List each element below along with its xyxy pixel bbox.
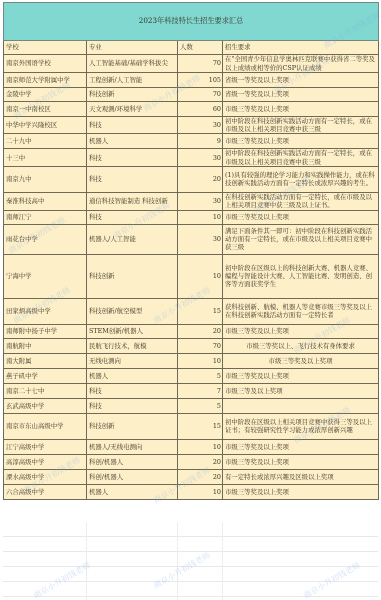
requirement-cell[interactable]: 市级三等及以上奖项 <box>223 383 379 398</box>
requirement-cell[interactable]: 在"全国青少年信息学奥林匹克联赛中获得省二等奖及以上成绩或相等价的CSP认证成绩 <box>223 55 379 73</box>
major-cell[interactable]: STEM创新/机器人 <box>87 324 178 338</box>
table-row: 燕子矶中学机器人5市级三等奖及以上奖项 <box>4 368 379 383</box>
table-row: 南航附中民航飞行技术，航模70市级三等奖以上、飞行技术有身体要求 <box>4 338 379 353</box>
table-row: 玄武高级中学科技5 <box>4 398 379 413</box>
table-row: 高淳高级中学科创/机器人20市级三等奖及以上奖项 <box>4 454 379 469</box>
major-cell[interactable]: 机器人 <box>87 134 178 149</box>
header-requirements[interactable]: 招生要求 <box>223 41 379 55</box>
school-cell[interactable]: 宁海中学 <box>4 254 87 298</box>
major-cell[interactable]: 无线电测向 <box>87 353 178 368</box>
school-cell[interactable]: 中华中学兴隆校区 <box>4 117 87 134</box>
school-cell[interactable]: 十三中 <box>4 149 87 166</box>
school-cell[interactable]: 江宁高级中学 <box>4 439 87 454</box>
count-cell[interactable]: 20 <box>178 469 223 484</box>
requirement-cell[interactable]: 市级三等奖及以上奖项 <box>223 484 379 499</box>
table-row: 南师附中扬子中学STEM创新/机器人20市级三等奖及以上奖项 <box>4 324 379 338</box>
school-cell[interactable]: 南京一中南校区 <box>4 102 87 117</box>
school-cell[interactable]: 雨花台中学 <box>4 224 87 254</box>
major-cell[interactable]: 科技 <box>87 117 178 134</box>
spreadsheet: 2023年科技特长生招生要求汇总 学校 专业 人数 招生要求 南京外国语学校人工… <box>3 2 378 500</box>
table-row: 溧水高级中学科创/机器人20有一定特长或浓厚兴趣及区级以上奖项 <box>4 469 379 484</box>
empty-row[interactable] <box>3 582 378 597</box>
major-cell[interactable]: 科技创新/航空模型 <box>87 298 178 324</box>
count-cell[interactable]: 5 <box>178 398 223 413</box>
requirement-cell[interactable]: 初中阶段在区级以上相关项目竞赛中获得三等及以上证书；有较强研究性学习能力或浓厚创… <box>223 413 379 439</box>
major-cell[interactable]: 科技 <box>87 383 178 398</box>
count-cell[interactable]: 20 <box>178 454 223 469</box>
requirement-cell[interactable]: 初中阶段在科技创新实践活动方面有一定特长，或在市级及以上相关项目竞赛中获三级 <box>223 149 379 166</box>
major-cell[interactable]: 科技创新 <box>87 254 178 298</box>
count-cell[interactable]: 9 <box>178 134 223 149</box>
count-cell[interactable]: 20 <box>178 166 223 192</box>
school-cell[interactable]: 田家炳高级中学 <box>4 298 87 324</box>
school-cell[interactable]: 燕子矶中学 <box>4 368 87 383</box>
school-cell[interactable]: 南师附中扬子中学 <box>4 324 87 338</box>
requirement-cell[interactable]: 初中阶段在科技创新实践活动方面有一定特长，或在市级及以上相关项目竞赛中获三级 <box>223 117 379 134</box>
major-cell[interactable]: 科创/机器人 <box>87 454 178 469</box>
empty-row[interactable] <box>3 567 378 582</box>
school-cell[interactable]: 六合高级中学 <box>4 484 87 499</box>
major-cell[interactable]: 科技 <box>87 398 178 413</box>
school-cell[interactable]: 南师江宁 <box>4 210 87 224</box>
table-row: 秦淮科技高中通信科技智能制造 科技创新30在科技创新实践活动方面有一定特长，或在… <box>4 192 379 210</box>
count-cell[interactable]: 10 <box>178 254 223 298</box>
requirement-cell[interactable]: 有一定特长或浓厚兴趣及区级以上奖项 <box>223 469 379 484</box>
requirement-cell[interactable]: 省级一等奖及以上奖项 <box>223 88 379 102</box>
requirement-cell[interactable]: 市级三等奖及以上奖项 <box>223 454 379 469</box>
table-row: 中华中学兴隆校区科技30初中阶段在科技创新实践活动方面有一定特长，或在市级及以上… <box>4 117 379 134</box>
requirement-cell[interactable]: 初中阶段在区级以上的科技创新大赛、机器人竞赛、编程与智能设计大赛、人工智能比赛、… <box>223 254 379 298</box>
table-row: 南京市东山高级中学科技创新15初中阶段在区级以上相关项目竞赛中获得三等及以上证书… <box>4 413 379 439</box>
requirement-cell[interactable]: 市级三等奖及以上奖项 <box>223 134 379 149</box>
count-cell[interactable]: 30 <box>178 192 223 210</box>
count-cell[interactable]: 105 <box>178 73 223 88</box>
major-cell[interactable]: 通信科技智能制造 科技创新 <box>87 192 178 210</box>
requirement-cell[interactable]: 获科技创新、航模、机器人等竞赛市级三等奖及以上在科技创新实践活动方面有一定特长者 <box>223 298 379 324</box>
school-cell[interactable]: 南大附属 <box>4 353 87 368</box>
table-row: 南师江宁科技10市级三等奖及以上奖项 <box>4 210 379 224</box>
header-school[interactable]: 学校 <box>4 41 87 55</box>
empty-grid <box>3 522 378 597</box>
school-cell[interactable]: 二十九中 <box>4 134 87 149</box>
requirement-cell[interactable]: 市级三等奖以上、飞行技术有身体要求 <box>223 338 379 353</box>
requirement-cell[interactable]: 市级三等奖及以上奖项 <box>223 439 379 454</box>
empty-row[interactable] <box>3 522 378 537</box>
grid-line <box>86 522 87 600</box>
table-row: 南京二十七中科技7市级三等及以上奖项 <box>4 383 379 398</box>
table-row: 二十九中机器人9市级三等奖及以上奖项 <box>4 134 379 149</box>
major-cell[interactable]: 工程创新/人工智能 <box>87 73 178 88</box>
major-cell[interactable]: 机器人 <box>87 368 178 383</box>
count-cell[interactable]: 10 <box>178 484 223 499</box>
table-row: 南京九中科技20(1)具有较强的理论学习能力和实践操作能力，或在科技创新实践活动… <box>4 166 379 192</box>
requirement-cell[interactable]: 市级三等奖及以上奖项 <box>223 368 379 383</box>
table-row: 南大附属无线电测向10市级三等奖及以上奖项 <box>4 353 379 368</box>
major-cell[interactable]: 科技 <box>87 166 178 192</box>
table-row: 金陵中学科技创新70省级一等奖及以上奖项 <box>4 88 379 102</box>
table-row: 江宁高级中学机器人/无线电测向10市级三等奖及以上奖项 <box>4 439 379 454</box>
grid-line <box>177 522 178 600</box>
header-row: 学校 专业 人数 招生要求 <box>4 41 379 55</box>
count-cell[interactable]: 15 <box>178 413 223 439</box>
school-cell[interactable]: 南京九中 <box>4 166 87 192</box>
requirement-cell[interactable]: 市级三等奖及以上奖项 <box>223 353 379 368</box>
major-cell[interactable]: 民航飞行技术，航模 <box>87 338 178 353</box>
table-row: 十三中科技30初中阶段在科技创新实践活动方面有一定特长，或在市级及以上相关项目竞… <box>4 149 379 166</box>
empty-row[interactable] <box>3 552 378 567</box>
count-cell[interactable]: 20 <box>178 324 223 338</box>
requirement-cell[interactable]: (1)具有较强的理论学习能力和实践操作能力，或在科技创新实践活动方面有一定特长或… <box>223 166 379 192</box>
school-cell[interactable]: 金陵中学 <box>4 88 87 102</box>
major-cell[interactable]: 科技 <box>87 210 178 224</box>
table-row: 南京一中南校区天文观测/环境科学60市级三等奖及以上奖项 <box>4 102 379 117</box>
table-row: 雨花台中学机器人/人工智能30满足下面条件其一即可：初中阶段在科技创新实践活动方… <box>4 224 379 254</box>
school-cell[interactable]: 溧水高级中学 <box>4 469 87 484</box>
major-cell[interactable]: 机器人/人工智能 <box>87 224 178 254</box>
requirement-cell[interactable]: 满足下面条件其一即可：初中阶段在科技创新实践活动方面有一定特长，或在市级及以上相… <box>223 224 379 254</box>
major-cell[interactable]: 人工智能基础/基础学科拔尖 <box>87 55 178 73</box>
school-cell[interactable]: 玄武高级中学 <box>4 398 87 413</box>
school-cell[interactable]: 南京师范大学附属中学 <box>4 73 87 88</box>
table-row: 南京外国语学校人工智能基础/基础学科拔尖70在"全国青少年信息学奥林匹克联赛中获… <box>4 55 379 73</box>
count-cell[interactable]: 10 <box>178 439 223 454</box>
count-cell[interactable]: 30 <box>178 117 223 134</box>
count-cell[interactable]: 10 <box>178 353 223 368</box>
header-count[interactable]: 人数 <box>178 41 223 55</box>
count-cell[interactable]: 70 <box>178 338 223 353</box>
requirement-cell[interactable]: 市级三等奖及以上奖项 <box>223 324 379 338</box>
table-row: 田家炳高级中学科技创新/航空模型15获科技创新、航模、机器人等竞赛市级三等奖及以… <box>4 298 379 324</box>
count-cell[interactable]: 7 <box>178 383 223 398</box>
table-row: 六合高级中学机器人10市级三等奖及以上奖项 <box>4 484 379 499</box>
major-cell[interactable]: 机器人/无线电测向 <box>87 439 178 454</box>
count-cell[interactable]: 70 <box>178 88 223 102</box>
count-cell[interactable]: 70 <box>178 55 223 73</box>
table-title[interactable]: 2023年科技特长生招生要求汇总 <box>4 3 379 41</box>
count-cell[interactable]: 30 <box>178 224 223 254</box>
count-cell[interactable]: 15 <box>178 298 223 324</box>
requirement-cell[interactable]: 市级三等奖及以上奖项 <box>223 210 379 224</box>
count-cell[interactable]: 30 <box>178 149 223 166</box>
school-cell[interactable]: 南航附中 <box>4 338 87 353</box>
table-row: 南京师范大学附属中学工程创新/人工智能105省级一等奖及以上奖项 <box>4 73 379 88</box>
school-cell[interactable]: 南京市东山高级中学 <box>4 413 87 439</box>
requirement-cell[interactable]: 市级三等奖及以上奖项 <box>223 102 379 117</box>
school-cell[interactable]: 南京二十七中 <box>4 383 87 398</box>
major-cell[interactable]: 科技创新 <box>87 413 178 439</box>
empty-row[interactable] <box>3 537 378 552</box>
major-cell[interactable]: 科技 <box>87 149 178 166</box>
requirement-cell[interactable]: 在科技创新实践活动方面有一定特长，或在市级及以上相关项目竞赛中获三级及以上证书。 <box>223 192 379 210</box>
school-cell[interactable]: 南京外国语学校 <box>4 55 87 73</box>
table-row: 宁海中学科技创新10初中阶段在区级以上的科技创新大赛、机器人竞赛、编程与智能设计… <box>4 254 379 298</box>
count-cell[interactable]: 10 <box>178 210 223 224</box>
school-cell[interactable]: 高淳高级中学 <box>4 454 87 469</box>
title-row: 2023年科技特长生招生要求汇总 <box>4 3 379 41</box>
count-cell[interactable]: 5 <box>178 368 223 383</box>
count-cell[interactable]: 60 <box>178 102 223 117</box>
grid-line <box>222 522 223 600</box>
admissions-table: 2023年科技特长生招生要求汇总 学校 专业 人数 招生要求 南京外国语学校人工… <box>3 2 379 500</box>
major-cell[interactable]: 科创/机器人 <box>87 469 178 484</box>
requirement-cell[interactable] <box>223 398 379 413</box>
school-cell[interactable]: 秦淮科技高中 <box>4 192 87 210</box>
requirement-cell[interactable]: 省级一等奖及以上奖项 <box>223 73 379 88</box>
header-major[interactable]: 专业 <box>87 41 178 55</box>
major-cell[interactable]: 科技创新 <box>87 88 178 102</box>
major-cell[interactable]: 机器人 <box>87 484 178 499</box>
major-cell[interactable]: 天文观测/环境科学 <box>87 102 178 117</box>
